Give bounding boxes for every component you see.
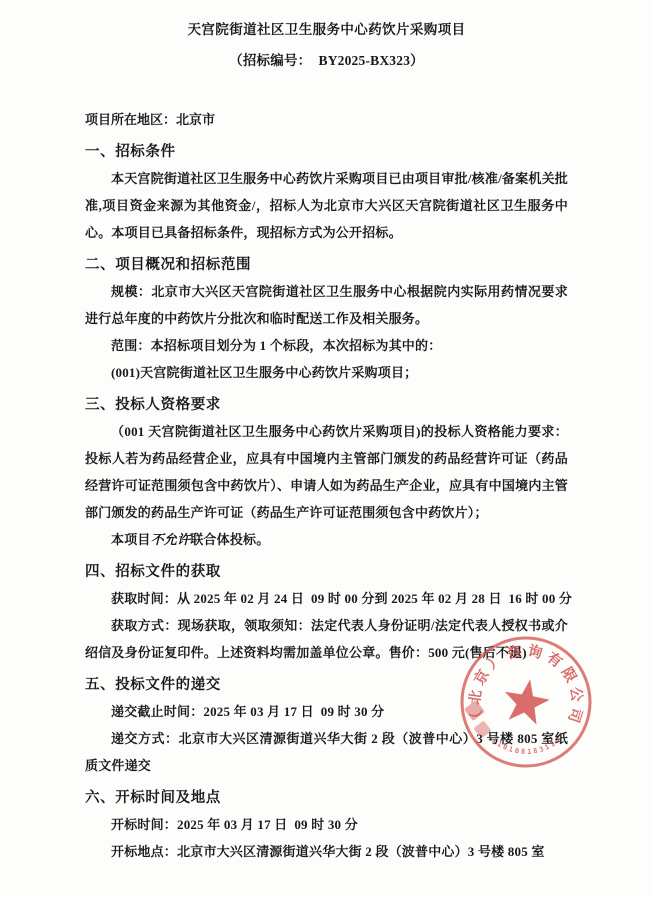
paragraph-submission-method: 递交方式：北京市大兴区清源街道兴华大街 2 段（波普中心）3 号楼 805 室纸… xyxy=(85,725,568,779)
joint-venture-prefix: 本项目 xyxy=(111,532,151,547)
paragraph-acquisition-time: 获取时间：从 2025 年 02 月 24 日 09 时 00 分到 2025 … xyxy=(85,585,568,612)
paragraph-acquisition-method: 获取方式：现场获取，领取须知：法定代表人身份证明/法定代表人授权书或介绍信及身份… xyxy=(85,612,568,666)
paragraph-project-scope: 范围：本招标项目划分为 1 个标段，本次招标为其中的： xyxy=(85,332,568,359)
paragraph-lot-001: (001)天宫院街道社区卫生服务中心药饮片采购项目； xyxy=(85,359,568,386)
paragraph-opening-time: 开标时间：2025 年 03 月 17 日 09 时 30 分 xyxy=(85,811,568,838)
paragraph-qualification-requirements: （001 天宫院街道社区卫生服务中心药饮片采购项目)的投标人资格能力要求：投标人… xyxy=(85,418,568,526)
tender-number-line: （招标编号： BY2025-BX323） xyxy=(85,52,568,70)
section-heading-bid-submission: 五、投标文件的递交 xyxy=(85,673,568,697)
project-location-line: 项目所在地区：北京市 xyxy=(85,106,568,133)
joint-venture-suffix: 联合体投标。 xyxy=(190,532,269,547)
paragraph-bidding-conditions: 本天宫院街道社区卫生服务中心药饮片采购项目已由项目审批/核准/备案机关批准,项目… xyxy=(85,165,568,246)
section-heading-project-overview: 二、项目概况和招标范围 xyxy=(85,253,568,277)
section-heading-document-acquisition: 四、招标文件的获取 xyxy=(85,560,568,584)
section-heading-bidder-qualifications: 三、投标人资格要求 xyxy=(85,393,568,417)
document-page: 天宫院街道社区卫生服务中心药饮片采购项目 （招标编号： BY2025-BX323… xyxy=(0,0,650,897)
section-heading-bidding-conditions: 一、招标条件 xyxy=(85,140,568,164)
paragraph-submission-deadline: 递交截止时间：2025 年 03 月 17 日 09 时 30 分 xyxy=(85,698,568,725)
paragraph-joint-venture-note: 本项目不允许联合体投标。 xyxy=(85,526,568,553)
joint-venture-emphasis: 不允许 xyxy=(151,532,191,547)
paragraph-opening-location: 开标地点：北京市大兴区清源街道兴华大街 2 段（波普中心）3 号楼 805 室 xyxy=(85,838,568,865)
section-heading-bid-opening: 六、开标时间及地点 xyxy=(85,786,568,810)
document-content: 天宫院街道社区卫生服务中心药饮片采购项目 （招标编号： BY2025-BX323… xyxy=(0,0,650,865)
paragraph-project-scale: 规模：北京市大兴区天宫院街道社区卫生服务中心根据院内实际用药情况要求进行总年度的… xyxy=(85,278,568,332)
document-title: 天宫院街道社区卫生服务中心药饮片采购项目 xyxy=(85,20,568,40)
